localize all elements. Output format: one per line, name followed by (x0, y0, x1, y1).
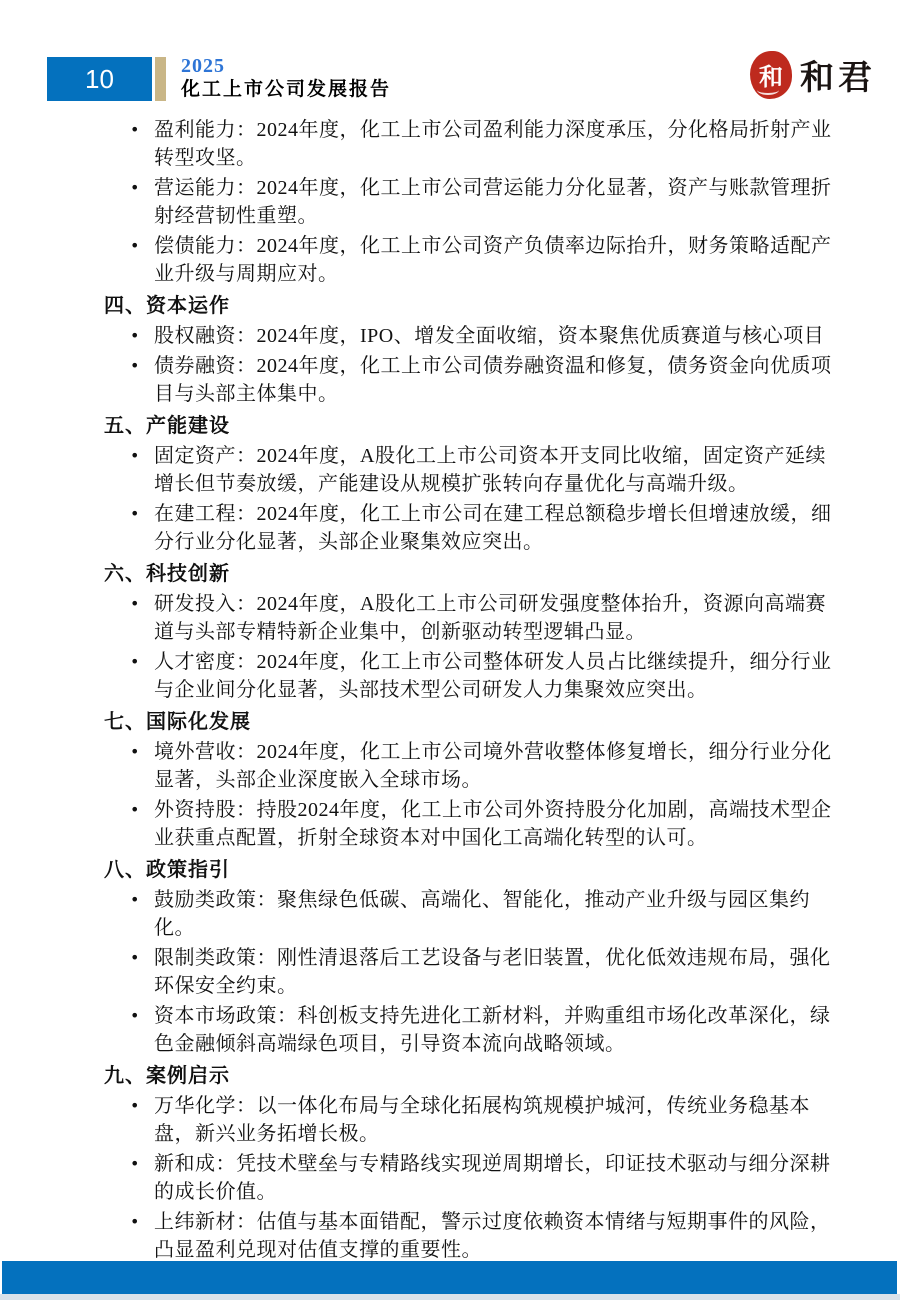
hejun-logo: 和 和君 (750, 50, 876, 99)
bullet-item: • 新和成：凭技术壁垒与专精路线实现逆周期增长，印证技术驱动与细分深耕的成长价值… (104, 1150, 834, 1206)
page-number: 10 (85, 64, 114, 95)
bullet-text: 研发投入：2024年度，A股化工上市公司研发强度整体抬升，资源向高端赛道与头部专… (154, 590, 834, 646)
bullet-list-capital-operations: • 股权融资：2024年度，IPO、增发全面收缩，资本聚焦优质赛道与核心项目 •… (104, 322, 834, 408)
bullet-text: 在建工程：2024年度，化工上市公司在建工程总额稳步增长但增速放缓，细分行业分化… (154, 500, 834, 556)
bullet-icon: • (104, 1092, 154, 1148)
bullet-icon: • (104, 648, 154, 704)
bullet-icon: • (104, 442, 154, 498)
bullet-icon: • (104, 116, 154, 172)
bullet-icon: • (104, 796, 154, 852)
section-heading-capital-operations: 四、资本运作 (104, 292, 834, 320)
page-header: 10 2025 化工上市公司发展报告 和 和君 (0, 0, 900, 112)
bullet-text: 新和成：凭技术壁垒与专精路线实现逆周期增长，印证技术驱动与细分深耕的成长价值。 (154, 1150, 834, 1206)
bullet-text: 人才密度：2024年度，化工上市公司整体研发人员占比继续提升，细分行业与企业间分… (154, 648, 834, 704)
bullet-list-continuation: • 盈利能力：2024年度，化工上市公司盈利能力深度承压，分化格局折射产业转型攻… (104, 116, 834, 288)
bullet-list-policy-guidance: • 鼓励类政策：聚焦绿色低碳、高端化、智能化，推动产业升级与园区集约化。 • 限… (104, 886, 834, 1058)
bullet-item: • 偿债能力：2024年度，化工上市公司资产负债率边际抬升，财务策略适配产业升级… (104, 232, 834, 288)
bullet-item: • 债券融资：2024年度，化工上市公司债券融资温和修复，债务资金向优质项目与头… (104, 352, 834, 408)
bullet-icon: • (104, 590, 154, 646)
bullet-icon: • (104, 1208, 154, 1258)
bullet-icon: • (104, 322, 154, 350)
bullet-text: 偿债能力：2024年度，化工上市公司资产负债率边际抬升，财务策略适配产业升级与周… (154, 232, 834, 288)
bullet-icon: • (104, 944, 154, 1000)
bullet-item: • 资本市场政策：科创板支持先进化工新材料，并购重组市场化改革深化，绿色金融倾斜… (104, 1002, 834, 1058)
bullet-item: • 固定资产：2024年度，A股化工上市公司资本开支同比收缩，固定资产延续增长但… (104, 442, 834, 498)
section-heading-policy-guidance: 八、政策指引 (104, 856, 834, 884)
section-heading-capacity-building: 五、产能建设 (104, 412, 834, 440)
bullet-icon: • (104, 174, 154, 230)
bullet-list-internationalization: • 境外营收：2024年度，化工上市公司境外营收整体修复增长，细分行业分化显著，… (104, 738, 834, 852)
report-year: 2025 (181, 56, 391, 76)
bullet-item: • 研发投入：2024年度，A股化工上市公司研发强度整体抬升，资源向高端赛道与头… (104, 590, 834, 646)
bullet-text: 盈利能力：2024年度，化工上市公司盈利能力深度承压，分化格局折射产业转型攻坚。 (154, 116, 834, 172)
bullet-icon: • (104, 1002, 154, 1058)
bullet-text: 万华化学：以一体化布局与全球化拓展构筑规模护城河，传统业务稳基本盘，新兴业务拓增… (154, 1092, 834, 1148)
bullet-icon: • (104, 352, 154, 408)
footer-bottom-strip (0, 1294, 900, 1300)
bullet-icon: • (104, 232, 154, 288)
bullet-icon: • (104, 738, 154, 794)
bullet-text: 限制类政策：刚性清退落后工艺设备与老旧装置，优化低效违规布局，强化环保安全约束。 (154, 944, 834, 1000)
bullet-text: 境外营收：2024年度，化工上市公司境外营收整体修复增长，细分行业分化显著，头部… (154, 738, 834, 794)
bullet-icon: • (104, 500, 154, 556)
bullet-item: • 在建工程：2024年度，化工上市公司在建工程总额稳步增长但增速放缓，细分行业… (104, 500, 834, 556)
footer-accent-bar (2, 1261, 897, 1294)
bullet-text: 资本市场政策：科创板支持先进化工新材料，并购重组市场化改革深化，绿色金融倾斜高端… (154, 1002, 834, 1058)
document-body: • 盈利能力：2024年度，化工上市公司盈利能力深度承压，分化格局折射产业转型攻… (104, 116, 834, 1258)
bullet-item: • 万华化学：以一体化布局与全球化拓展构筑规模护城河，传统业务稳基本盘，新兴业务… (104, 1092, 834, 1148)
hejun-seal-icon: 和 (750, 51, 792, 99)
section-heading-tech-innovation: 六、科技创新 (104, 560, 834, 588)
header-title-block: 2025 化工上市公司发展报告 (181, 56, 391, 99)
bullet-list-capacity-building: • 固定资产：2024年度，A股化工上市公司资本开支同比收缩，固定资产延续增长但… (104, 442, 834, 556)
section-heading-case-insights: 九、案例启示 (104, 1062, 834, 1090)
section-heading-internationalization: 七、国际化发展 (104, 708, 834, 736)
bullet-list-case-insights: • 万华化学：以一体化布局与全球化拓展构筑规模护城河，传统业务稳基本盘，新兴业务… (104, 1092, 834, 1258)
bullet-item: • 人才密度：2024年度，化工上市公司整体研发人员占比继续提升，细分行业与企业… (104, 648, 834, 704)
bullet-item: • 外资持股：持股2024年度，化工上市公司外资持股分化加剧，高端技术型企业获重… (104, 796, 834, 852)
bullet-text: 固定资产：2024年度，A股化工上市公司资本开支同比收缩，固定资产延续增长但节奏… (154, 442, 834, 498)
bullet-item: • 股权融资：2024年度，IPO、增发全面收缩，资本聚焦优质赛道与核心项目 (104, 322, 834, 350)
bullet-item: • 鼓励类政策：聚焦绿色低碳、高端化、智能化，推动产业升级与园区集约化。 (104, 886, 834, 942)
bullet-item: • 境外营收：2024年度，化工上市公司境外营收整体修复增长，细分行业分化显著，… (104, 738, 834, 794)
bullet-text: 鼓励类政策：聚焦绿色低碳、高端化、智能化，推动产业升级与园区集约化。 (154, 886, 834, 942)
header-divider-bar (155, 57, 166, 101)
bullet-text: 外资持股：持股2024年度，化工上市公司外资持股分化加剧，高端技术型企业获重点配… (154, 796, 834, 852)
bullet-text: 营运能力：2024年度，化工上市公司营运能力分化显著，资产与账款管理折射经营韧性… (154, 174, 834, 230)
bullet-text: 债券融资：2024年度，化工上市公司债券融资温和修复，债务资金向优质项目与头部主… (154, 352, 834, 408)
bullet-item: • 营运能力：2024年度，化工上市公司营运能力分化显著，资产与账款管理折射经营… (104, 174, 834, 230)
bullet-item: • 上纬新材：估值与基本面错配，警示过度依赖资本情绪与短期事件的风险，凸显盈利兑… (104, 1208, 834, 1258)
hejun-logo-text: 和君 (800, 50, 876, 99)
seal-character: 和 (759, 57, 783, 92)
report-title: 化工上市公司发展报告 (181, 80, 391, 99)
bullet-text: 上纬新材：估值与基本面错配，警示过度依赖资本情绪与短期事件的风险，凸显盈利兑现对… (154, 1208, 834, 1258)
bullet-icon: • (104, 1150, 154, 1206)
bullet-item: • 限制类政策：刚性清退落后工艺设备与老旧装置，优化低效违规布局，强化环保安全约… (104, 944, 834, 1000)
bullet-list-tech-innovation: • 研发投入：2024年度，A股化工上市公司研发强度整体抬升，资源向高端赛道与头… (104, 590, 834, 704)
bullet-text: 股权融资：2024年度，IPO、增发全面收缩，资本聚焦优质赛道与核心项目 (154, 322, 834, 350)
page-number-badge: 10 (47, 57, 152, 101)
bullet-icon: • (104, 886, 154, 942)
bullet-item: • 盈利能力：2024年度，化工上市公司盈利能力深度承压，分化格局折射产业转型攻… (104, 116, 834, 172)
